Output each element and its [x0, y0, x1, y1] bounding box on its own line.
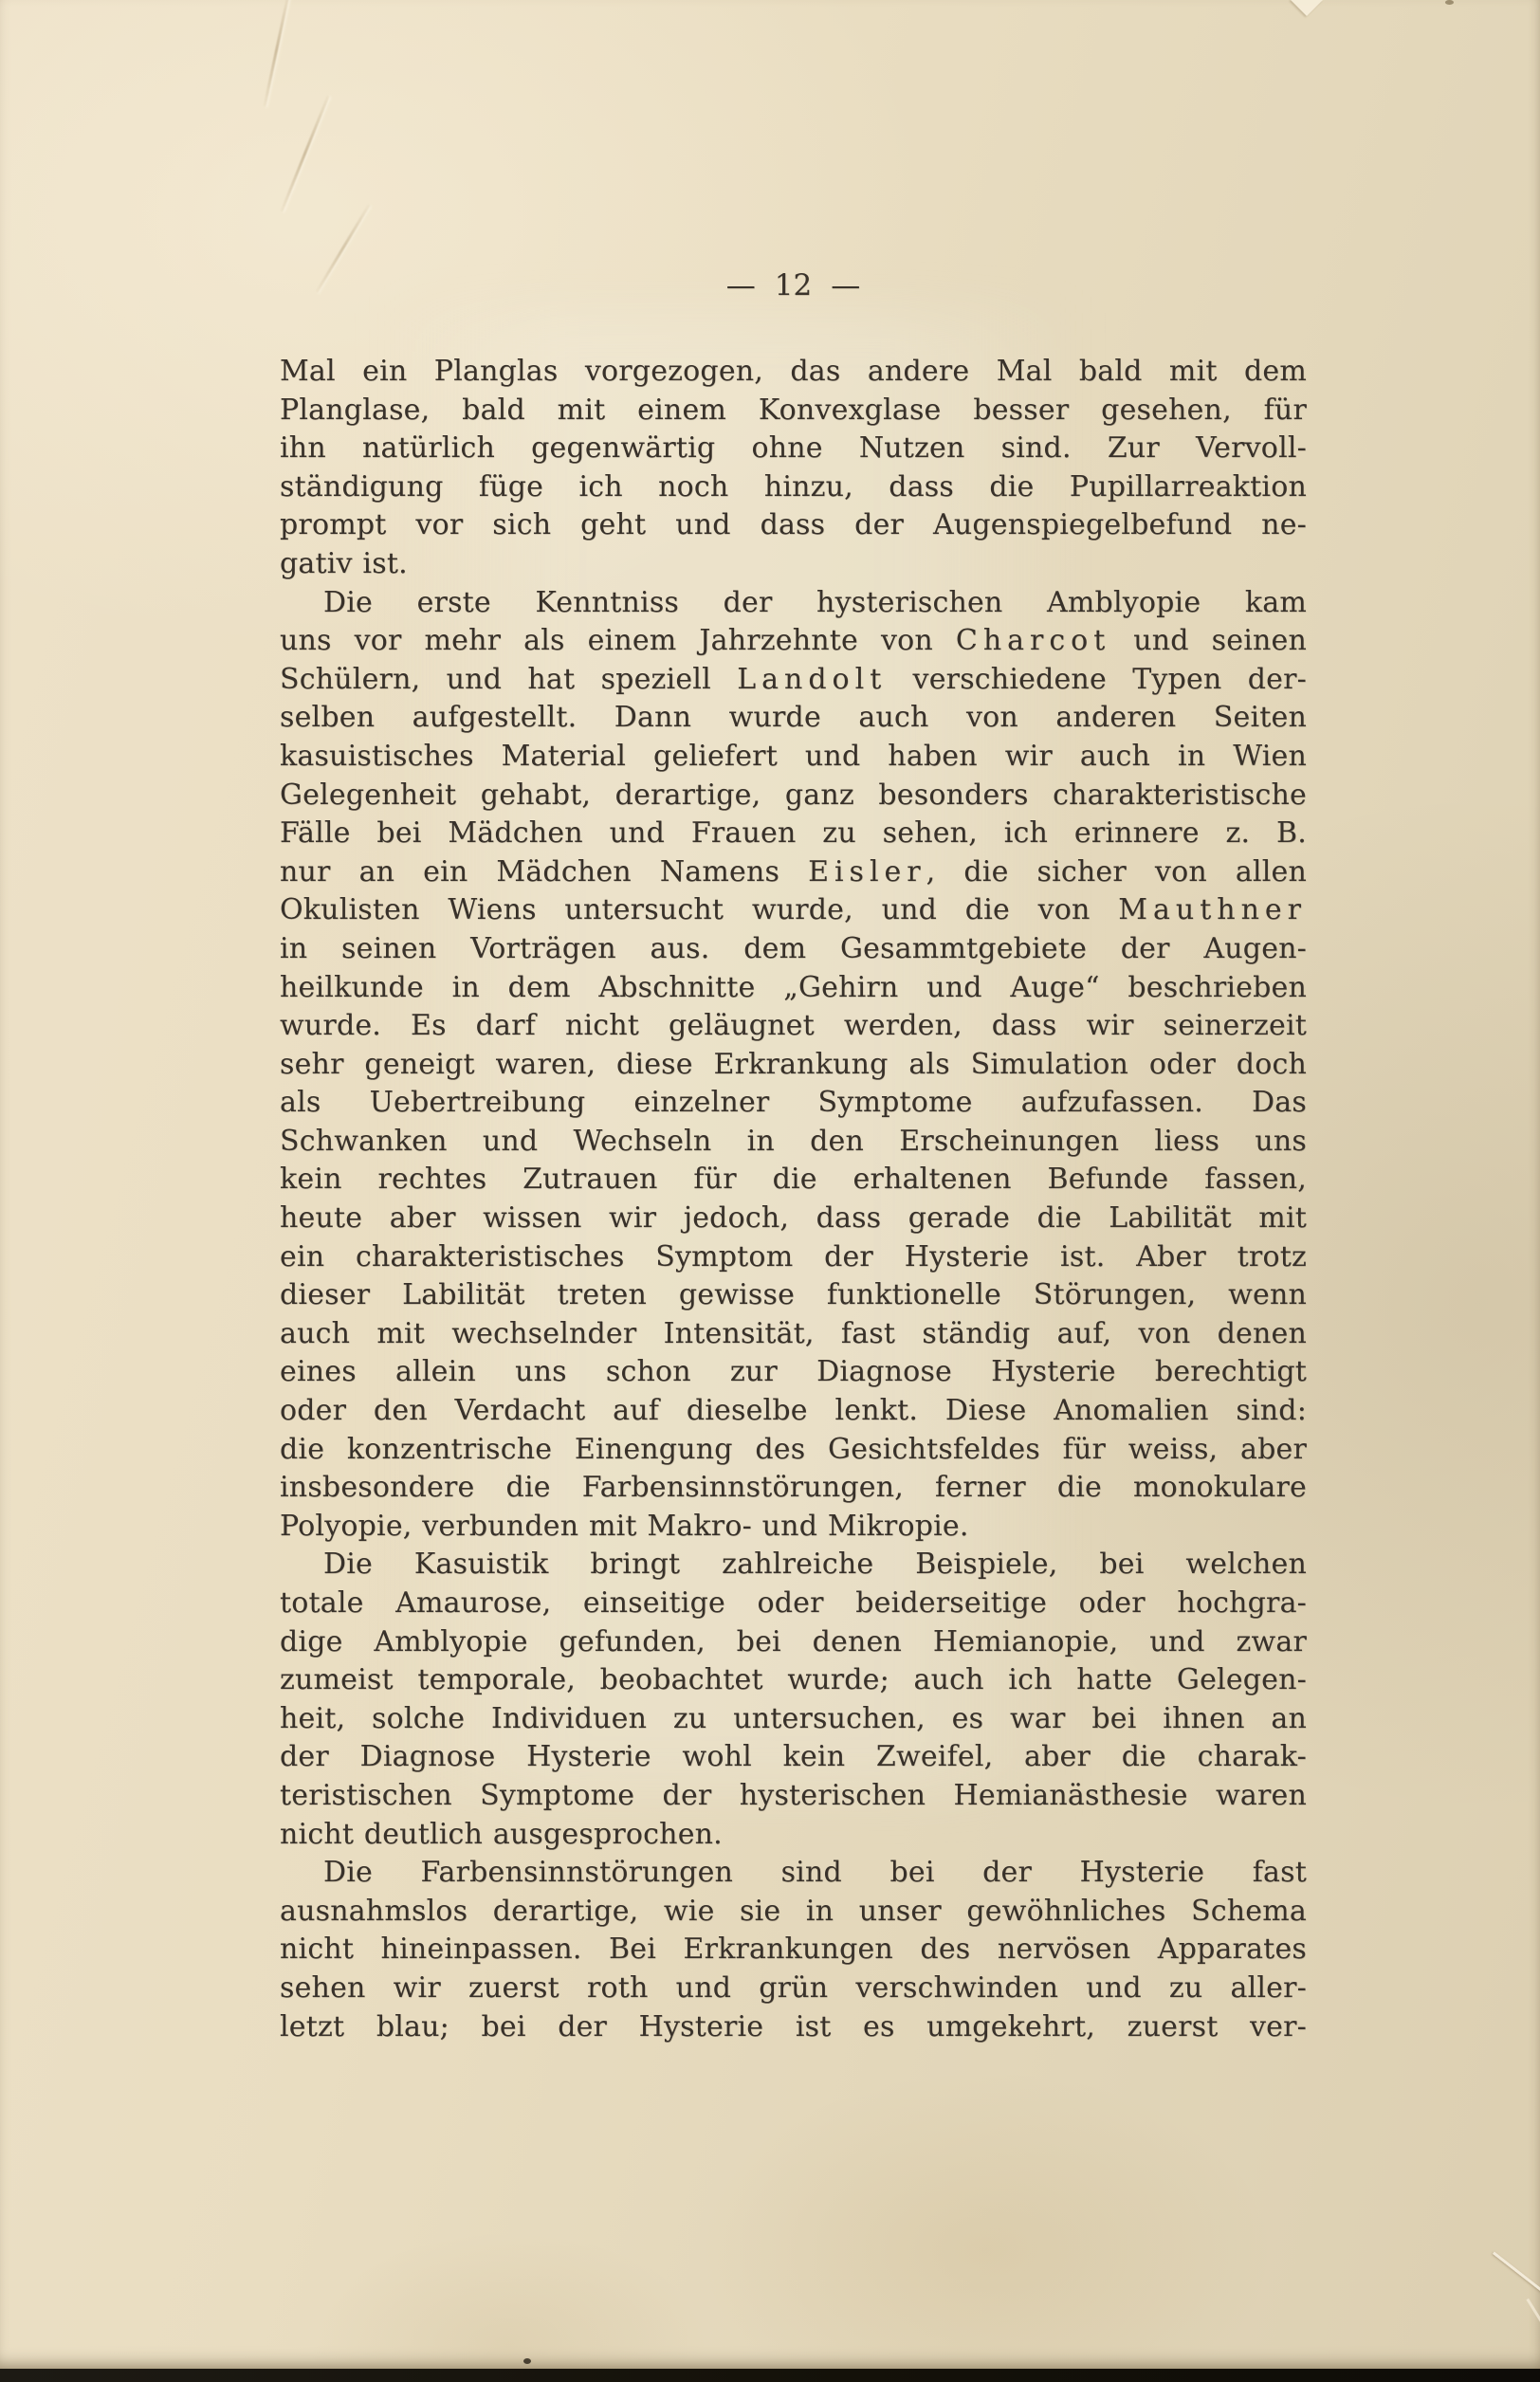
text-line: Die erste Kenntniss der hysterischen Amb…	[280, 584, 1307, 623]
text-line: sehen wir zuerst roth und grün verschwin…	[280, 1970, 1307, 2008]
text-line: ihn natürlich gegenwärtig ohne Nutzen si…	[280, 430, 1307, 468]
text-line: dige Amblyopie gefunden, bei denen Hemia…	[280, 1623, 1307, 1662]
paper-speck	[523, 2358, 531, 2364]
text-line: oder den Verdacht auf dieselbe lenkt. Di…	[280, 1392, 1307, 1431]
text-line: als Uebertreibung einzelner Symptome auf…	[280, 1084, 1307, 1123]
text-line: Planglase, bald mit einem Konvexglase be…	[280, 392, 1307, 431]
text-line: ein charakteristisches Symptom der Hyste…	[280, 1238, 1307, 1277]
text-line: ausnahmslos derartige, wie sie in unser …	[280, 1893, 1307, 1932]
paper-crease-mark	[263, 0, 289, 107]
book-page: —12— Mal ein Planglas vorgezogen, das an…	[0, 0, 1540, 2369]
page-number-dash-left: —	[726, 268, 756, 302]
paper-fold-mark	[1291, 0, 1323, 16]
emphasized-name: Charcot	[956, 624, 1110, 657]
text-line: kein rechtes Zutrauen für die erhaltenen…	[280, 1161, 1307, 1200]
text-line: nur an ein Mädchen Namens Eisler, die si…	[280, 853, 1307, 892]
text-line: die konzentrische Einengung des Gesichts…	[280, 1431, 1307, 1470]
text-line: Die Kasuistik bringt zahlreiche Beispiel…	[280, 1546, 1307, 1585]
text-line: insbesondere die Farbensinnstörungen, fe…	[280, 1469, 1307, 1508]
emphasized-name: Eisler	[808, 855, 926, 889]
text-line: auch mit wechselnder Intensität, fast st…	[280, 1315, 1307, 1354]
text-line: nicht deutlich ausgesprochen.	[280, 1816, 1307, 1855]
text-line: Okulisten Wiens untersucht wurde, und di…	[280, 891, 1307, 930]
text-line: Mal ein Planglas vorgezogen, das andere …	[280, 353, 1307, 392]
page-number: —12—	[280, 268, 1307, 302]
paper-tear-mark	[1526, 2299, 1540, 2343]
text-line: wurde. Es darf nicht geläugnet werden, d…	[280, 1007, 1307, 1046]
text-line: Polyopie, verbunden mit Makro- und Mikro…	[280, 1508, 1307, 1547]
paper-crease-mark	[280, 95, 329, 212]
text-line: gativ ist.	[280, 545, 1307, 584]
text-line: heit, solche Individuen zu untersuchen, …	[280, 1700, 1307, 1739]
text-line: teristischen Symptome der hysterischen H…	[280, 1777, 1307, 1816]
text-line: letzt blau; bei der Hysterie ist es umge…	[280, 2008, 1307, 2047]
page-number-dash-right: —	[831, 268, 860, 302]
emphasized-name: Landolt	[737, 663, 887, 696]
text-line: Fälle bei Mädchen und Frauen zu sehen, i…	[280, 815, 1307, 853]
text-line: Gelegenheit gehabt, derartige, ganz beso…	[280, 777, 1307, 815]
scan-background: —12— Mal ein Planglas vorgezogen, das an…	[0, 0, 1540, 2382]
text-line: heute aber wissen wir jedoch, dass gerad…	[280, 1200, 1307, 1238]
text-line: Schülern, und hat speziell Landolt versc…	[280, 661, 1307, 700]
text-line: Die Farbensinnstörungen sind bei der Hys…	[280, 1854, 1307, 1893]
paper-speck	[1445, 0, 1454, 5]
page-number-value: 12	[775, 268, 812, 302]
text-block: Mal ein Planglas vorgezogen, das andere …	[280, 353, 1307, 2046]
text-line: nicht hineinpassen. Bei Erkrankungen des…	[280, 1931, 1307, 1970]
text-line: totale Amaurose, einseitige oder beiders…	[280, 1585, 1307, 1623]
text-line: Schwanken und Wechseln in den Erscheinun…	[280, 1123, 1307, 1162]
text-line: selben aufgestellt. Dann wurde auch von …	[280, 699, 1307, 738]
paper-tear-mark	[1493, 2251, 1540, 2302]
text-line: prompt vor sich geht und dass der Augens…	[280, 506, 1307, 545]
text-line: uns vor mehr als einem Jahrzehnte von Ch…	[280, 622, 1307, 661]
text-line: zumeist temporale, beobachtet wurde; auc…	[280, 1661, 1307, 1700]
text-line: der Diagnose Hysterie wohl kein Zweifel,…	[280, 1738, 1307, 1777]
text-line: eines allein uns schon zur Diagnose Hyst…	[280, 1353, 1307, 1392]
text-line: kasuistisches Material geliefert und hab…	[280, 738, 1307, 777]
text-line: sehr geneigt waren, diese Erkrankung als…	[280, 1046, 1307, 1085]
text-line: ständigung füge ich noch hinzu, dass die…	[280, 468, 1307, 507]
text-line: dieser Labilität treten gewisse funktion…	[280, 1276, 1307, 1315]
text-line: in seinen Vorträgen aus. dem Gesammtgebi…	[280, 930, 1307, 969]
text-line: heilkunde in dem Abschnitte „Gehirn und …	[280, 969, 1307, 1008]
emphasized-name: Mauthner	[1118, 893, 1307, 926]
